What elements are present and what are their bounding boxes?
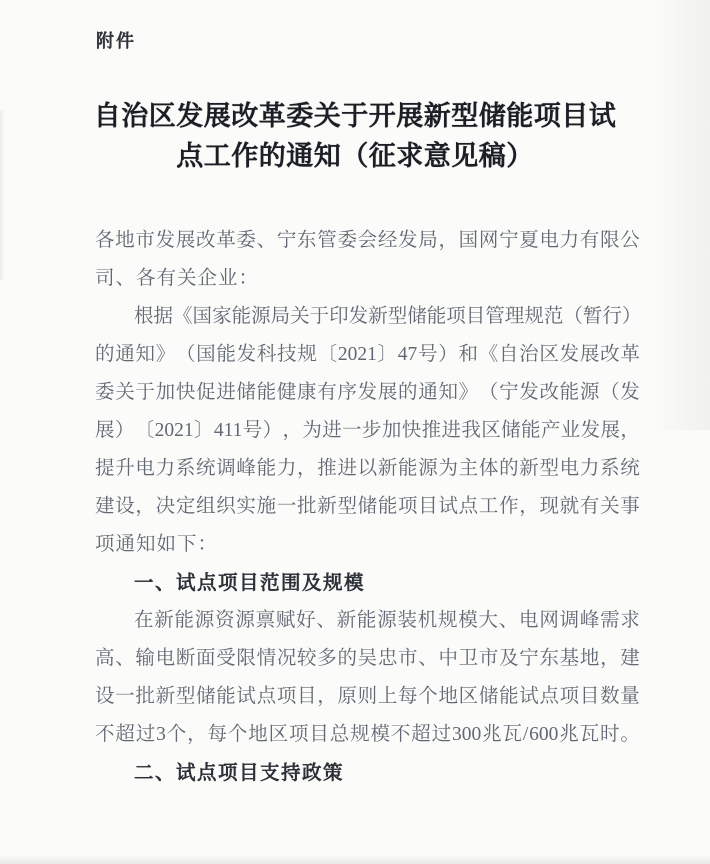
body-line: 提升电力系统调峰能力，推进以新能源为主体的新型电力系统 [95, 450, 640, 488]
document-title-line-2: 点工作的通知（征求意见稿） [0, 136, 710, 176]
body-line: 项通知如下： [95, 526, 640, 564]
body-line: 展）〔2021〕411号），为进一步加快推进我区储能产业发展， [95, 412, 640, 450]
body-line: 委关于加快促进储能健康有序发展的通知》（宁发改能源（发 [95, 374, 640, 412]
body-line: 在新能源资源禀赋好、新能源装机规模大、电网调峰需求 [95, 602, 640, 640]
scan-shade-right [652, 0, 710, 430]
document-page: 附件 自治区发展改革委关于开展新型储能项目试 点工作的通知（征求意见稿） 各地市… [0, 0, 710, 864]
attachment-label: 附件 [96, 27, 136, 53]
body-line: 建设，决定组织实施一批新型储能项目试点工作，现就有关事 [95, 488, 640, 526]
body-line: 的通知》（国能发科技规〔2021〕47号）和《自治区发展改革 [95, 336, 640, 374]
body-line: 各地市发展改革委、宁东管委会经发局，国网宁夏电力有限公 [95, 222, 640, 260]
document-title: 自治区发展改革委关于开展新型储能项目试 点工作的通知（征求意见稿） [0, 96, 710, 176]
body-line: 不超过3个，每个地区项目总规模不超过300兆瓦/600兆瓦时。 [95, 716, 640, 754]
body-line: 根据《国家能源局关于印发新型储能项目管理规范（暂行） [95, 298, 640, 336]
body-line: 司、各有关企业： [95, 260, 640, 298]
document-body: 各地市发展改革委、宁东管委会经发局，国网宁夏电力有限公 司、各有关企业： 根据《… [95, 222, 640, 792]
section-heading-2: 二、试点项目支持政策 [95, 754, 640, 792]
body-line: 设一批新型储能试点项目，原则上每个地区储能试点项目数量 [95, 678, 640, 716]
scan-shade-bottom [0, 855, 710, 864]
section-heading-1: 一、试点项目范围及规模 [95, 564, 640, 602]
body-line: 高、输电断面受限情况较多的吴忠市、中卫市及宁东基地，建 [95, 640, 640, 678]
document-title-line-1: 自治区发展改革委关于开展新型储能项目试 [0, 96, 710, 136]
